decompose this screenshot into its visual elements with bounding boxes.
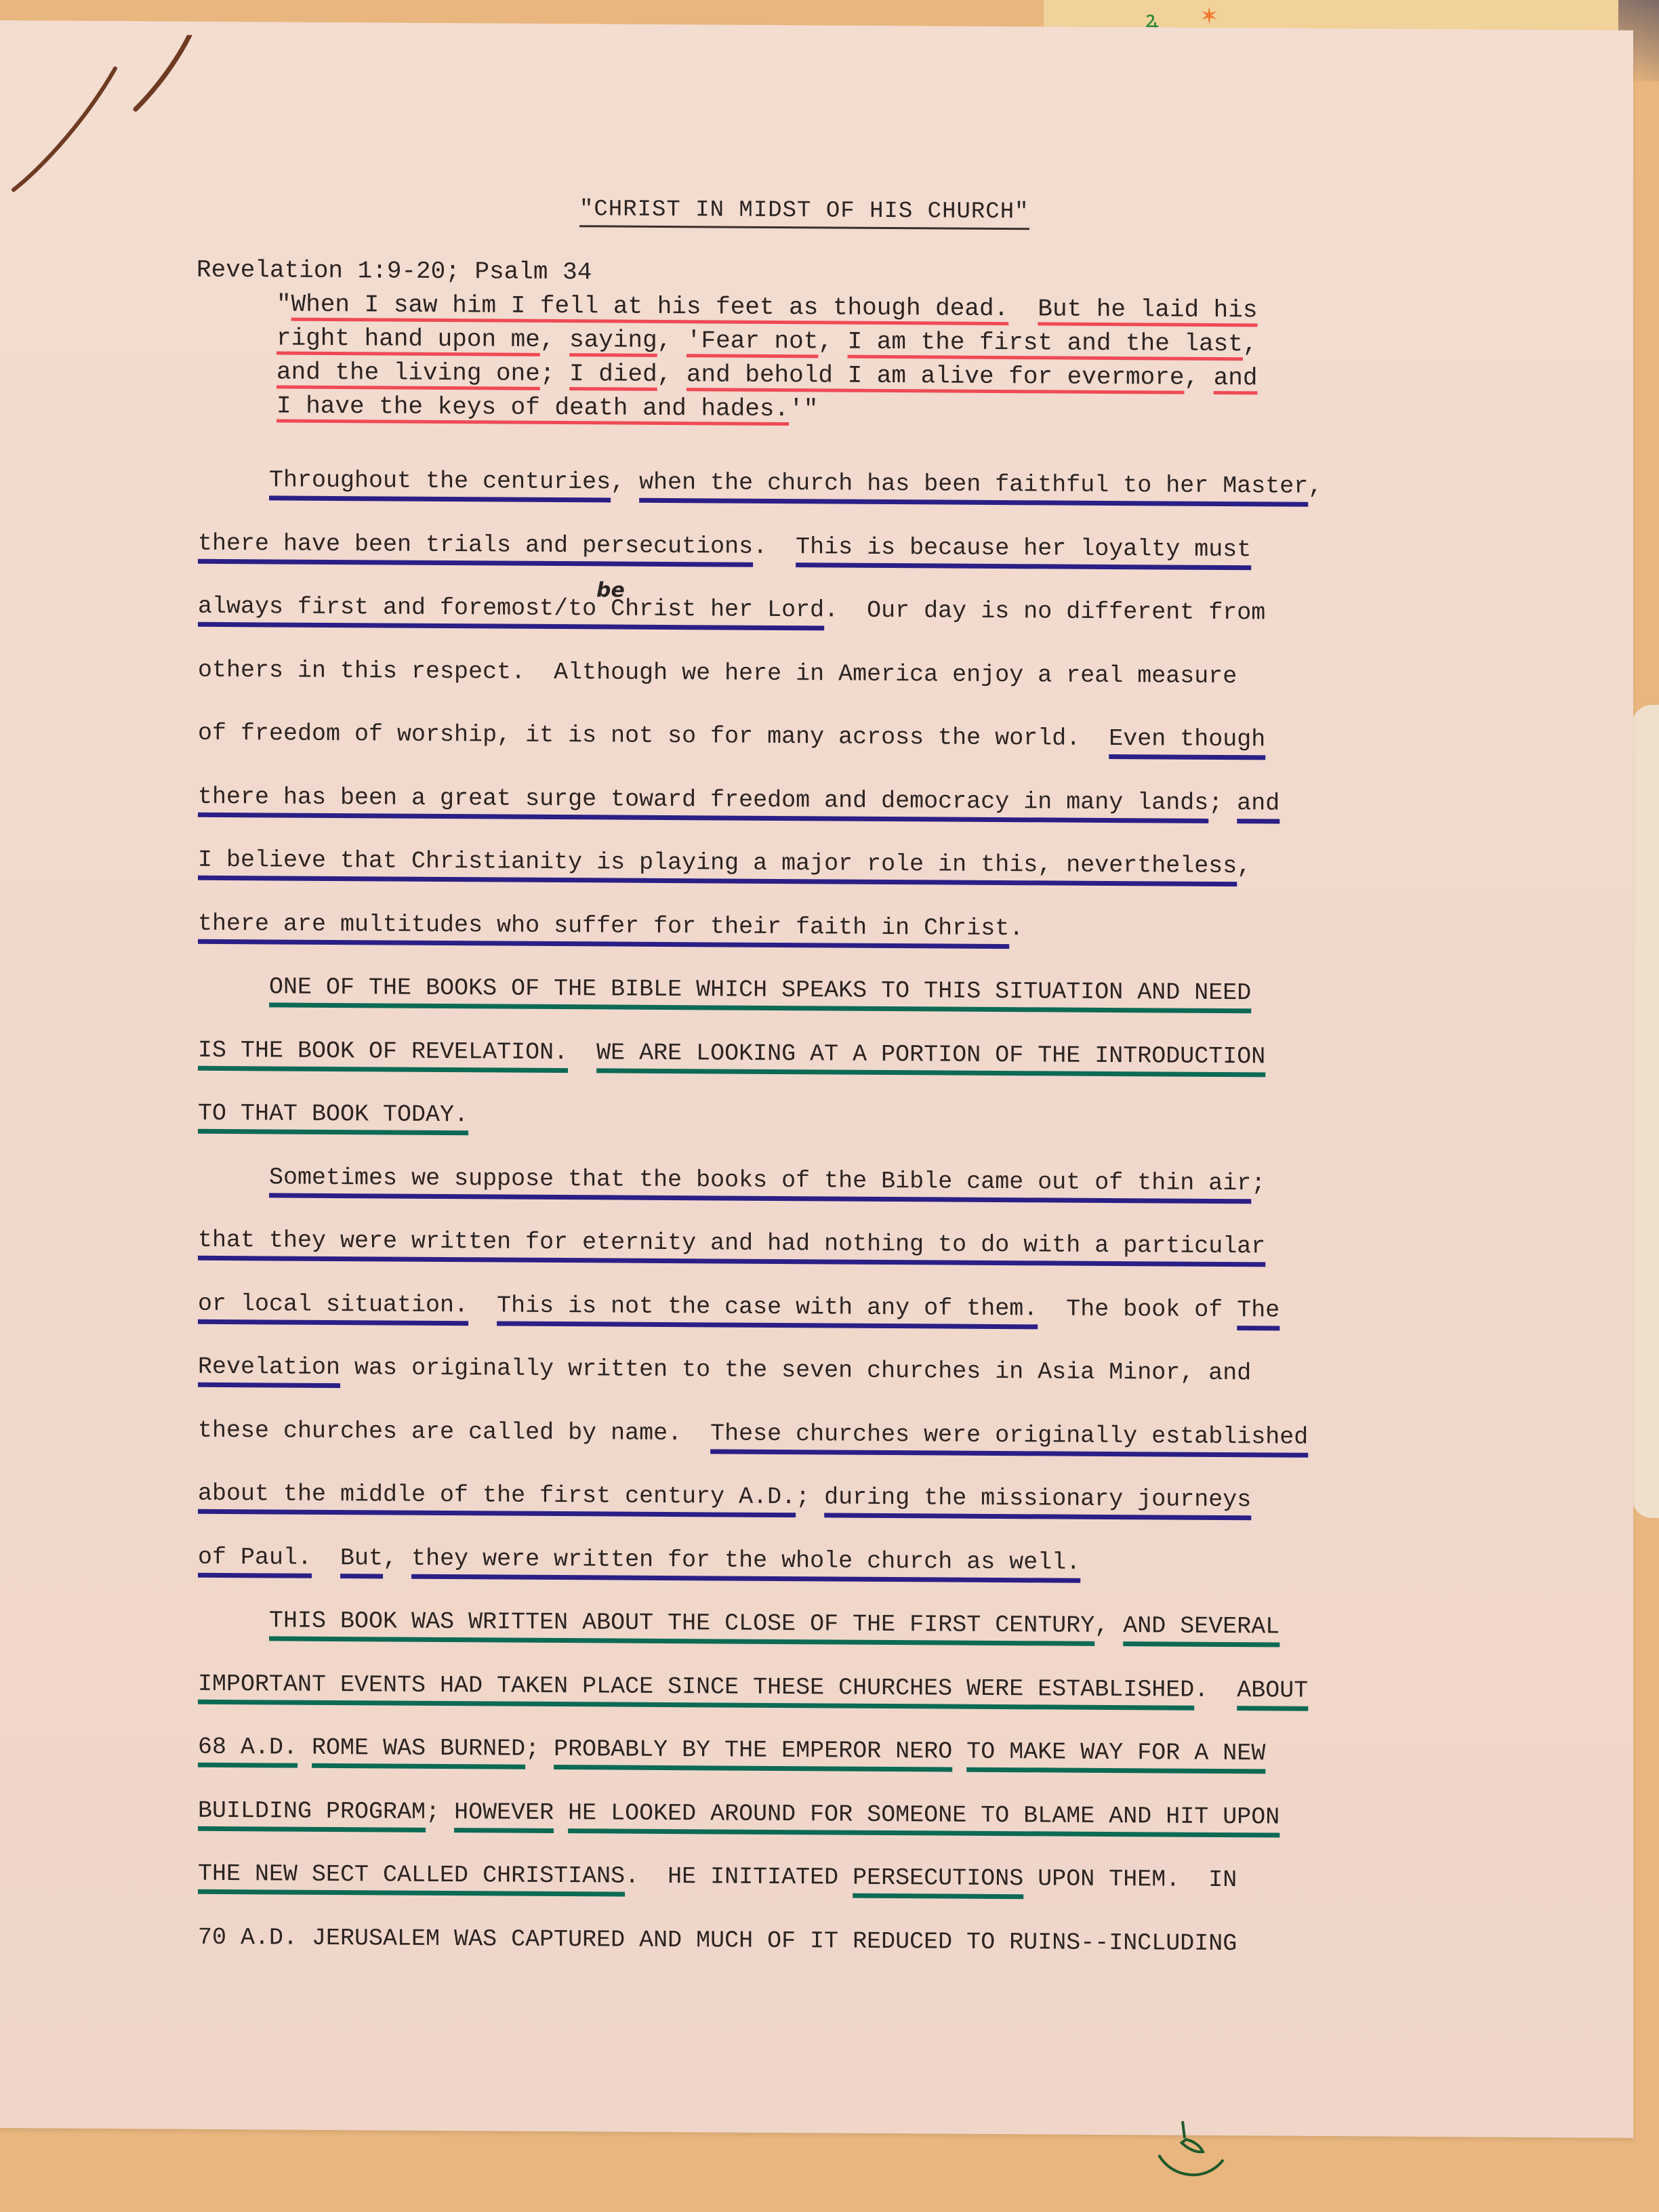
highlighted-phrase: 68 A.D. (198, 1734, 298, 1761)
text-span: ; (1208, 789, 1237, 816)
highlighted-phrase: But he laid his (1038, 295, 1257, 324)
text-span (198, 973, 269, 1001)
handwritten-page-number (1152, 2118, 1233, 2179)
text-span: ; (1251, 1170, 1265, 1197)
text-span (198, 1163, 269, 1191)
highlighted-phrase: always first and foremost/to Christ her … (198, 593, 824, 624)
highlighted-phrase: 'Fear not (687, 327, 818, 355)
text-line: or local situation. This is not the case… (198, 1272, 1472, 1343)
text-line: about the middle of the first century A.… (198, 1462, 1472, 1534)
highlighted-phrase: they were written for the whole church a… (411, 1544, 1080, 1576)
highlighted-phrase: there have been trials and persecutions (198, 529, 753, 560)
highlighted-phrase: ONE OF THE BOOKS OF THE BIBLE WHICH SPEA… (269, 973, 1251, 1006)
text-span: these churches are called by name. (198, 1416, 710, 1447)
background-mark-orange: ✶ (1200, 3, 1219, 30)
text-line: ONE OF THE BOOKS OF THE BIBLE WHICH SPEA… (198, 956, 1472, 1027)
highlighted-phrase: WE ARE LOOKING AT A PORTION OF THE INTRO… (596, 1039, 1265, 1070)
highlighted-phrase: that they were written for eternity and … (198, 1227, 1265, 1261)
text-line: I believe that Christianity is playing a… (198, 829, 1472, 900)
highlighted-phrase: When I saw him I fell at his feet as tho… (291, 291, 1009, 323)
highlighted-phrase: I died (569, 360, 657, 388)
text-span: UPON THEM. IN (1023, 1865, 1237, 1893)
highlighted-phrase: there are multitudes who suffer for thei… (198, 909, 1009, 941)
text-line: these churches are called by name. These… (198, 1399, 1472, 1470)
highlighted-phrase: or local situation. (198, 1290, 468, 1318)
text-line: 68 A.D. ROME WAS BURNED; PROBABLY BY THE… (198, 1716, 1472, 1787)
text-span: ; (540, 360, 569, 388)
text-line: others in this respect. Although we here… (198, 638, 1472, 710)
text-line: there are multitudes who suffer for thei… (198, 892, 1472, 963)
text-span: ; (426, 1798, 454, 1825)
highlighted-phrase: TO MAKE WAY FOR A NEW (966, 1738, 1265, 1767)
text-span: , (657, 361, 687, 388)
highlighted-phrase: of Paul. (198, 1543, 312, 1571)
highlighted-phrase: and behold I am alive for evermore (687, 361, 1185, 391)
highlighted-phrase: IS THE BOOK OF REVELATION. (198, 1036, 568, 1065)
text-span: " (276, 290, 291, 318)
text-line: BUILDING PROGRAM; HOWEVER HE LOOKED AROU… (198, 1779, 1472, 1850)
highlighted-phrase: TO THAT BOOK TODAY. (198, 1100, 468, 1128)
highlighted-phrase: about the middle of the first century A.… (198, 1480, 796, 1511)
highlighted-phrase: saying (569, 326, 657, 354)
text-line: IMPORTANT EVENTS HAD TAKEN PLACE SINCE T… (198, 1652, 1472, 1723)
text-span: , (1184, 364, 1213, 392)
text-line: there have been trials and persecutions.… (198, 512, 1472, 583)
highlighted-phrase: ROME WAS BURNED (312, 1734, 525, 1763)
text-line: Sometimes we suppose that the books of t… (198, 1145, 1472, 1216)
highlighted-phrase: there has been a great surge toward free… (198, 783, 1208, 816)
highlighted-phrase: I have the keys of death and hades. (276, 392, 789, 423)
text-line: of Paul. But, they were written for the … (198, 1525, 1472, 1597)
highlighted-phrase: I am the first and the last (848, 328, 1243, 359)
page-title: "CHRIST IN MIDST OF HIS CHURCH" (579, 197, 1029, 230)
text-span: ; (796, 1483, 824, 1511)
highlighted-phrase: and (1214, 364, 1258, 392)
text-span: The book of (1038, 1295, 1237, 1324)
highlighted-phrase: Revelation (198, 1353, 340, 1381)
text-span: . (1009, 915, 1023, 942)
text-span: . (753, 533, 796, 560)
text-span (952, 1738, 966, 1765)
text-span: , (1094, 1612, 1123, 1639)
text-span (1008, 295, 1038, 323)
text-span (568, 1039, 596, 1066)
text-span: , (657, 327, 687, 354)
text-span: 70 A.D. JERUSALEM WAS CAPTURED AND MUCH … (198, 1923, 1237, 1957)
text-span: . HE INITIATED (625, 1863, 853, 1891)
scripture-quote: "When I saw him I fell at his feet as th… (276, 287, 1395, 430)
text-span (298, 1734, 312, 1761)
text-span: others in this respect. Although we here… (198, 656, 1237, 689)
highlighted-phrase: and the living one (276, 358, 540, 387)
text-line: there has been a great surge toward free… (198, 765, 1472, 836)
text-line: Throughout the centuries, when the churc… (198, 449, 1472, 520)
handwritten-corner-mark (7, 34, 197, 211)
highlighted-phrase: HE LOOKED AROUND FOR SOMEONE TO BLAME AN… (568, 1799, 1279, 1830)
text-span (198, 1607, 269, 1635)
highlighted-phrase: THIS BOOK WAS WRITTEN ABOUT THE CLOSE OF… (269, 1607, 1094, 1639)
highlighted-phrase: This is because her loyalty must (796, 533, 1251, 563)
text-line: I have the keys of death and hades.'" (276, 389, 1395, 430)
text-span (198, 466, 269, 494)
highlighted-phrase: PERSECUTIONS (853, 1864, 1023, 1893)
sermon-body: Throughout the centuries, when the churc… (198, 449, 1472, 1977)
highlighted-phrase: ABOUT (1237, 1677, 1308, 1704)
text-line: that they were written for eternity and … (198, 1209, 1472, 1280)
scripture-reference: Revelation 1:9-20; Psalm 34 (197, 256, 592, 287)
text-line: always first and foremost/to Christ her … (198, 575, 1472, 647)
text-line: THE NEW SECT CALLED CHRISTIANS. HE INITI… (198, 1843, 1472, 1914)
highlighted-phrase: right hand upon me (276, 324, 540, 353)
highlighted-phrase: and (1237, 790, 1279, 817)
background-paper-edge (1632, 705, 1659, 1518)
highlighted-phrase: But (340, 1544, 383, 1572)
text-line: of freedom of worship, it is not so for … (198, 702, 1472, 773)
text-span (554, 1799, 568, 1826)
highlighted-phrase: Sometimes we suppose that the books of t… (269, 1164, 1251, 1197)
text-span: , (383, 1544, 411, 1572)
text-span: . (1194, 1676, 1237, 1703)
highlighted-phrase: This is not the case with any of them. (497, 1292, 1038, 1322)
text-span (312, 1544, 340, 1571)
highlighted-phrase: AND SEVERAL (1123, 1612, 1279, 1640)
text-line: Revelation was originally written to the… (198, 1336, 1472, 1407)
highlighted-phrase: These churches were originally establish… (710, 1420, 1308, 1450)
highlighted-phrase: I believe that Christianity is playing a… (198, 846, 1237, 880)
text-span: of freedom of worship, it is not so for … (198, 720, 1109, 752)
document-page: "CHRIST IN MIDST OF HIS CHURCH" Revelati… (0, 20, 1633, 2138)
highlighted-phrase: Even though (1109, 725, 1265, 753)
text-span: , (611, 469, 639, 496)
text-line: THIS BOOK WAS WRITTEN ABOUT THE CLOSE OF… (198, 1589, 1472, 1660)
highlighted-phrase: when the church has been faithful to her… (639, 469, 1308, 500)
text-span: '" (789, 395, 818, 423)
text-span: , (818, 327, 847, 355)
highlighted-phrase: PROBABLY BY THE EMPEROR NERO (554, 1736, 952, 1765)
text-span: , (1243, 330, 1258, 358)
text-span: was originally written to the seven chur… (340, 1354, 1251, 1387)
text-span: ; (525, 1736, 554, 1763)
text-span: , (1308, 473, 1322, 500)
highlighted-phrase: HOWEVER (454, 1799, 554, 1826)
highlighted-phrase: THE NEW SECT CALLED CHRISTIANS (198, 1860, 625, 1890)
highlighted-phrase: Throughout the centuries (269, 466, 611, 495)
highlighted-phrase: BUILDING PROGRAM (198, 1797, 426, 1825)
highlighted-phrase: during the missionary journeys (824, 1483, 1251, 1513)
text-span: . Our day is no different from (824, 596, 1265, 626)
highlighted-phrase: The (1237, 1296, 1279, 1324)
text-line: 70 A.D. JERUSALEM WAS CAPTURED AND MUCH … (198, 1906, 1472, 1977)
highlighted-phrase: IMPORTANT EVENTS HAD TAKEN PLACE SINCE T… (198, 1670, 1194, 1703)
text-line: TO THAT BOOK TODAY. (198, 1082, 1472, 1153)
text-span (468, 1292, 497, 1319)
text-span: , (1237, 853, 1251, 880)
text-span: , (540, 326, 569, 354)
text-line: IS THE BOOK OF REVELATION. WE ARE LOOKIN… (198, 1019, 1472, 1090)
